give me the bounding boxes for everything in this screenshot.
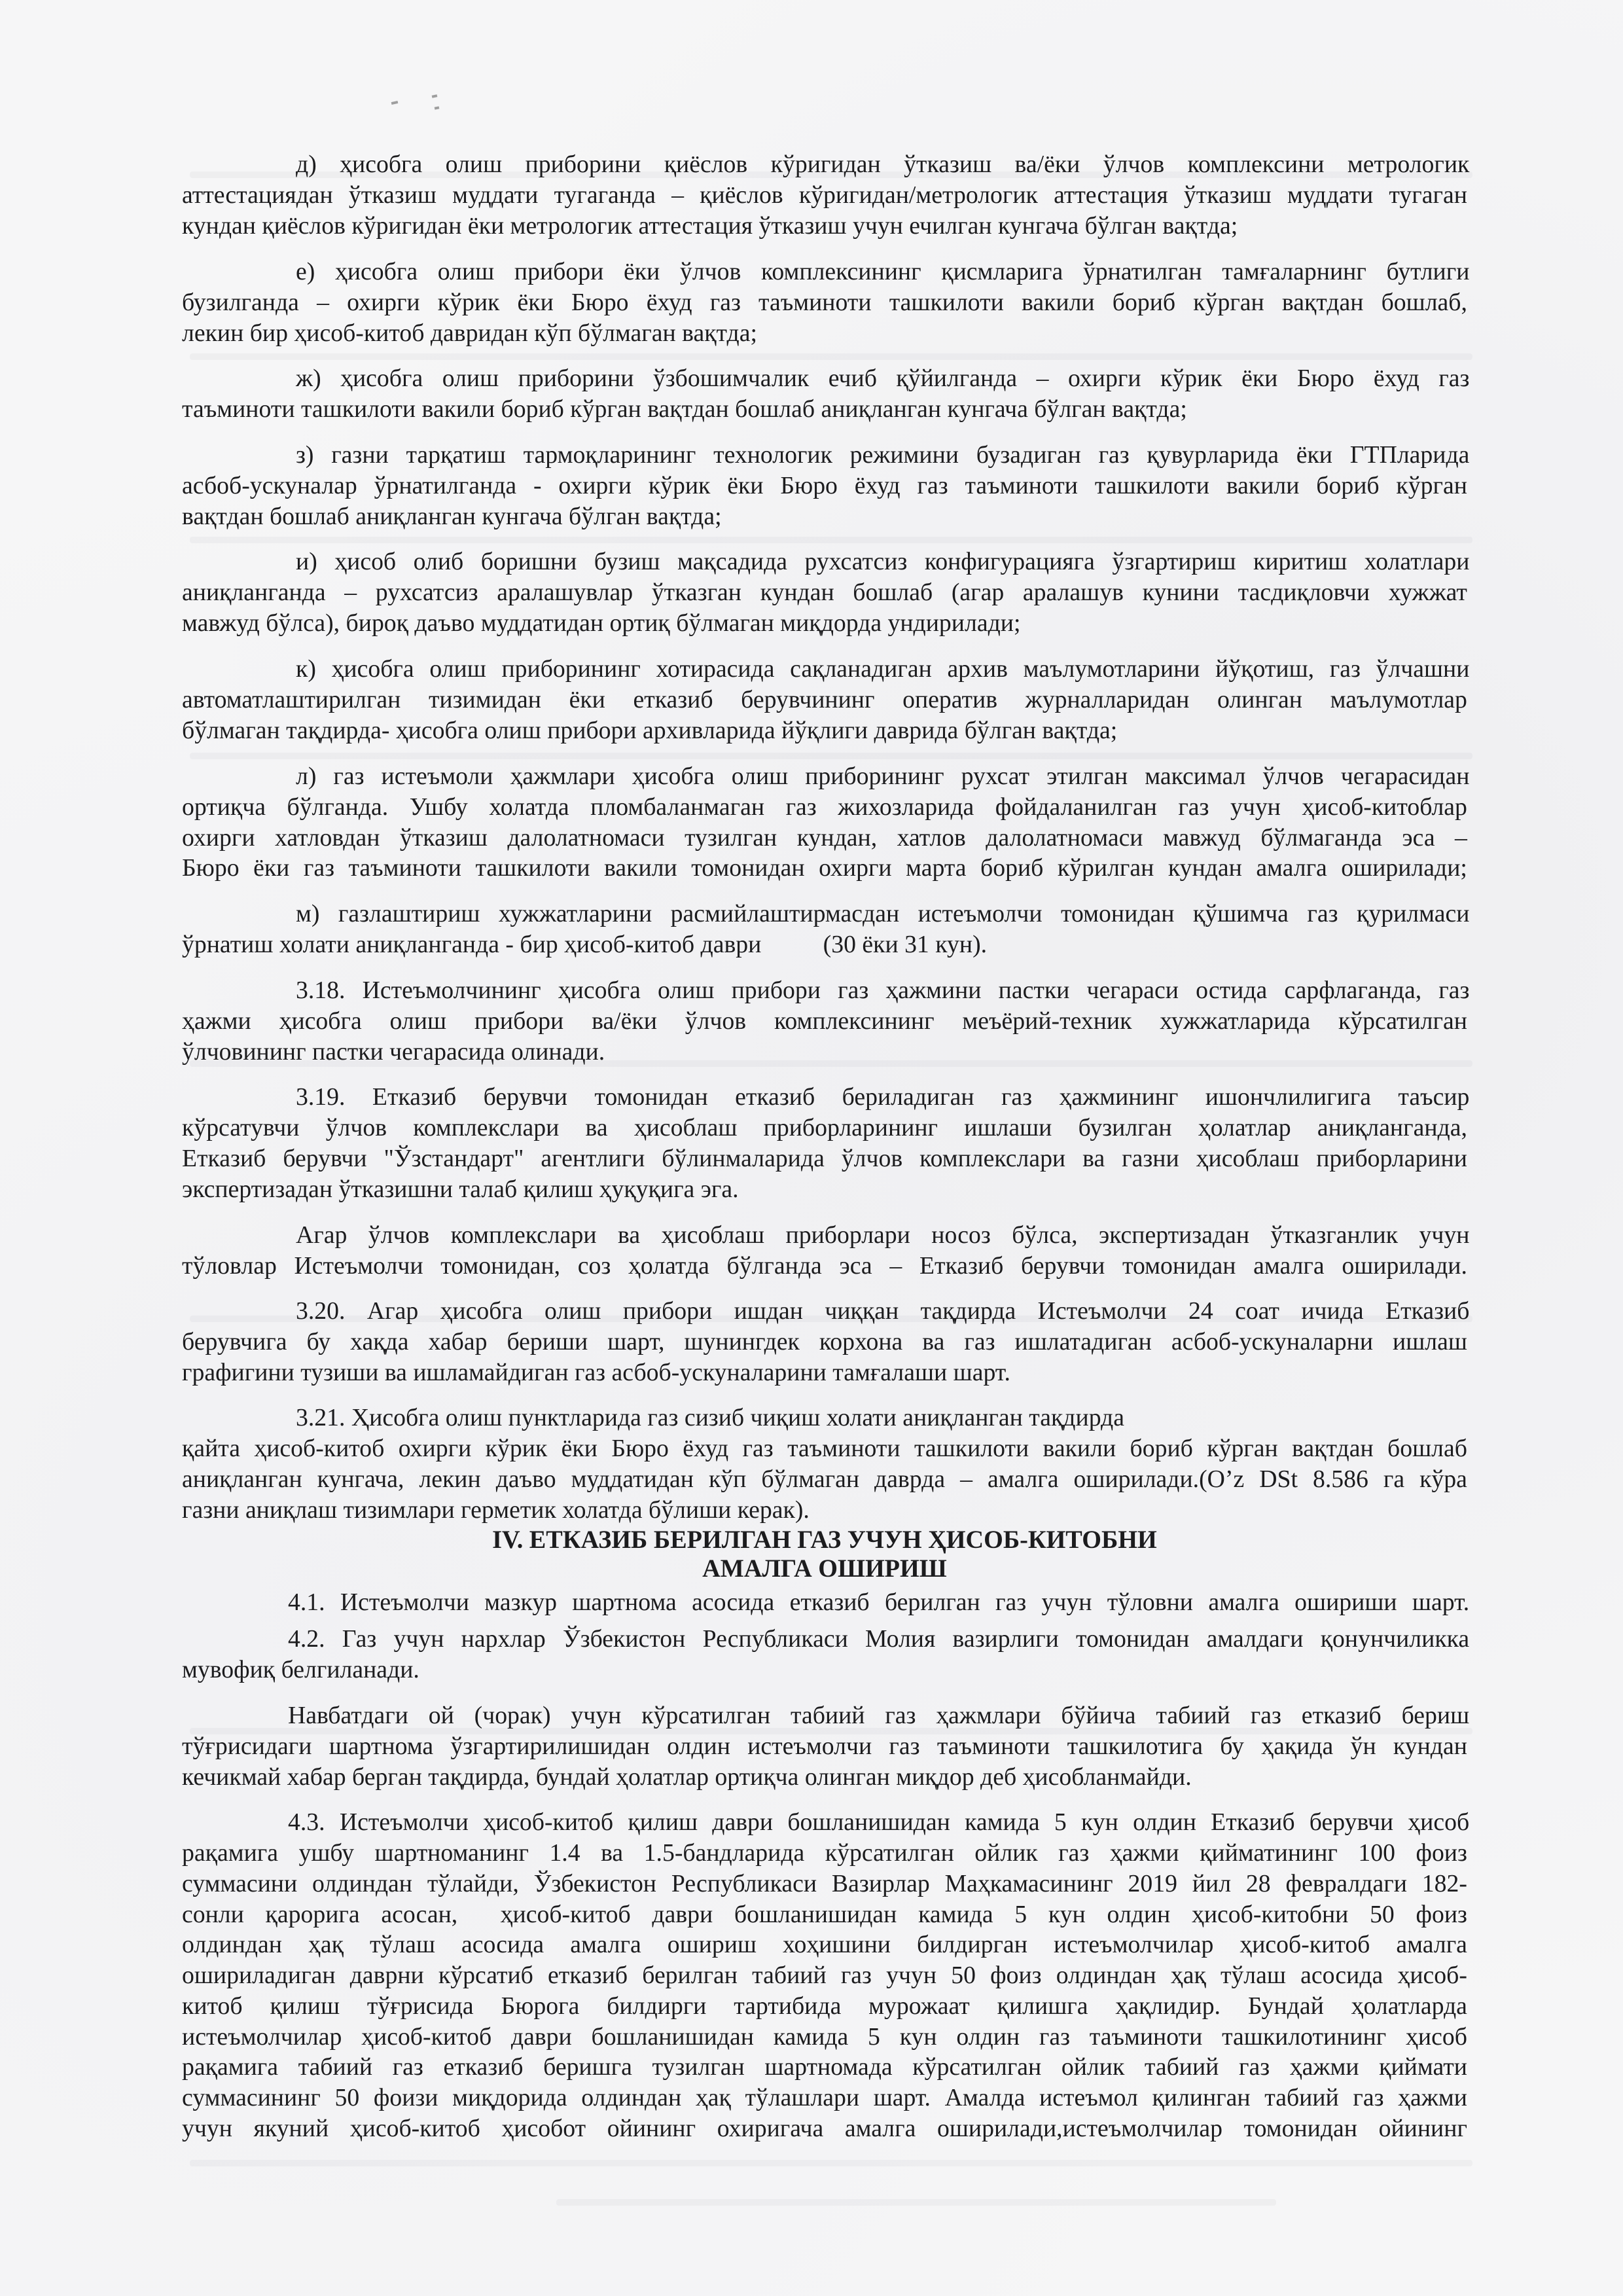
bleed-through-shadow <box>190 2160 1472 2166</box>
paragraph-line: суммасини олдиндан тўлайди, Ўзбекистон Р… <box>182 1869 1467 1899</box>
bleed-through-shadow <box>556 2199 1276 2206</box>
paragraph-line: китоб қилиш тўғрисида Бюрога билдирги та… <box>182 1991 1467 2021</box>
paragraph-line: 3.20. Агар ҳисобга олиш прибори ишдан чи… <box>296 1296 1469 1326</box>
section-heading: IV. ЕТКАЗИБ БЕРИЛГАН ГАЗ УЧУН ҲИСОБ-КИТО… <box>182 1525 1467 1555</box>
paragraph-line: рақамига ушбу шартноманинг 1.4 ва 1.5-ба… <box>182 1838 1467 1868</box>
paragraph-line: экспертизадан ўтказишни талаб қилиш ҳуқу… <box>182 1174 1467 1204</box>
paragraph-line: охирги хатловдан ўтказиш далолатномаси т… <box>182 823 1467 853</box>
paragraph-line: асбоб-ускуналар ўрнатилганда - охирги кў… <box>182 471 1467 501</box>
paragraph-line: кўрсатувчи ўлчов комплекслари ва ҳисобла… <box>182 1113 1467 1143</box>
paragraph-line: автоматлаштирилган тизимидан ёки етказиб… <box>182 685 1467 715</box>
scanned-page: д) ҳисобга олиш приборини қиёслов кўриги… <box>0 0 1623 2296</box>
scan-speck <box>432 94 438 98</box>
paragraph-line: бўлмаган тақдирда- ҳисобга олиш прибори … <box>182 715 1467 745</box>
paragraph-line: берувчига бу хақда хабар бериши шарт, шу… <box>182 1327 1467 1357</box>
paragraph-line: сонли қарорига асосан, ҳисоб-китоб даври… <box>182 1899 1467 1929</box>
paragraph-line: кундан қиёслов кўригидан ёки метрологик … <box>182 211 1467 241</box>
paragraph-line: 4.3. Истеъмолчи ҳисоб-китоб қилиш даври … <box>288 1807 1469 1837</box>
paragraph-line: 4.1. Истеъмолчи мазкур шартнома асосида … <box>288 1587 1469 1617</box>
paragraph-line: аниқланган кунгача, лекин даъво муддатид… <box>182 1464 1467 1494</box>
paragraph-line: Бюро ёки газ таъминоти ташкилоти вакили … <box>182 853 1467 883</box>
paragraph-line: ошириладиган даврни кўрсатиб етказиб бер… <box>182 1960 1467 1990</box>
paragraph-line: олдиндан ҳақ тўлаш асосида амалга ошириш… <box>182 1929 1467 1960</box>
paragraph-line: ўлчовининг пастки чегарасида олинади. <box>182 1037 1467 1067</box>
paragraph-line: бузилганда – охирги кўрик ёки Бюро ёхуд … <box>182 287 1467 317</box>
paragraph-line: ортиқча бўлганда. Ушбу холатда пломбалан… <box>182 792 1467 822</box>
section-heading: АМАЛГА ОШИРИШ <box>182 1554 1467 1584</box>
paragraph-line: Навбатдаги ой (чорак) учун кўрсатилган т… <box>288 1700 1469 1731</box>
bleed-through-shadow <box>190 753 1472 759</box>
paragraph-line: и) ҳисоб олиб боришни бузиш мақсадида ру… <box>296 547 1469 577</box>
paragraph-line: ўрнатиш холати аниқланганда - бир ҳисоб-… <box>182 929 1467 960</box>
paragraph-line: Агар ўлчов комплекслари ва ҳисоблаш приб… <box>296 1220 1469 1250</box>
paragraph-line: 4.2. Газ учун нархлар Ўзбекистон Республ… <box>288 1624 1469 1654</box>
paragraph-line: мавжуд бўлса), бироқ даъво муддатидан ор… <box>182 608 1467 638</box>
bleed-through-shadow <box>190 353 1472 360</box>
paragraph-line: аниқланганда – рухсатсиз аралашувлар ўтк… <box>182 577 1467 607</box>
paragraph-line: к) ҳисобга олиш приборининг хотирасида с… <box>296 654 1469 684</box>
paragraph-line: л) газ истеъмоли ҳажмлари ҳисобга олиш п… <box>296 761 1469 791</box>
paragraph-line: м) газлаштириш хужжатларини расмийлаштир… <box>296 899 1469 929</box>
scan-speck <box>391 101 399 105</box>
paragraph-line: лекин бир ҳисоб-китоб давридан кўп бўлма… <box>182 318 1467 348</box>
paragraph-line: тўғрисидаги шартнома ўзгартирилишидан ол… <box>182 1731 1467 1761</box>
paragraph-line: графигини тузиши ва ишламайдиган газ асб… <box>182 1357 1467 1388</box>
paragraph-line: е) ҳисобга олиш прибори ёки ўлчов компле… <box>296 257 1469 287</box>
paragraph-line: 3.18. Истеъмолчининг ҳисобга олиш прибор… <box>296 975 1469 1005</box>
paragraph-line: 3.21. Ҳисобга олиш пунктларида газ сизиб… <box>296 1403 1469 1433</box>
paragraph-line: вақтдан бошлаб аниқланган кунгача бўлган… <box>182 501 1467 531</box>
paragraph-line: 3.19. Етказиб берувчи томонидан етказиб … <box>296 1082 1469 1112</box>
paragraph-line: учун якуний ҳисоб-китоб ҳисобот ойининг … <box>182 2113 1467 2144</box>
paragraph-line: кечикмай хабар берган тақдирда, бундай ҳ… <box>182 1762 1467 1792</box>
paragraph-line: д) ҳисобга олиш приборини қиёслов кўриги… <box>296 149 1469 179</box>
paragraph-line: мувофиқ белгиланади. <box>182 1655 1467 1685</box>
paragraph-line: з) газни тарқатиш тармоқларининг техноло… <box>296 440 1469 470</box>
paragraph-line: ҳажми ҳисобга олиш прибори ва/ёки ўлчов … <box>182 1006 1467 1036</box>
paragraph-line: суммасининг 50 фоизи миқдорида олдиндан … <box>182 2083 1467 2113</box>
paragraph-line: таъминоти ташкилоти вакили бориб кўрган … <box>182 394 1467 424</box>
paragraph-line: истеъмолчилар ҳисоб-китоб даври бошланиш… <box>182 2022 1467 2052</box>
paragraph-line: рақамига табиий газ етказиб беришга тузи… <box>182 2052 1467 2082</box>
paragraph-line: аттестациядан ўтказиш муддати тугаганда … <box>182 180 1467 210</box>
paragraph-line: қайта ҳисоб-китоб охирги кўрик ёки Бюро … <box>182 1433 1467 1463</box>
bleed-through-shadow <box>190 537 1472 543</box>
paragraph-line: Етказиб берувчи "Ўзстандарт" агентлиги б… <box>182 1143 1467 1174</box>
paragraph-line: ж) ҳисобга олиш приборини ўзбошимчалик е… <box>296 363 1469 393</box>
paragraph-line: газни аниқлаш тизимлари герметик холатда… <box>182 1495 1467 1525</box>
paragraph-line: тўловлар Истеъмолчи томонидан, соз ҳолат… <box>182 1251 1467 1281</box>
scan-speck <box>435 106 440 109</box>
